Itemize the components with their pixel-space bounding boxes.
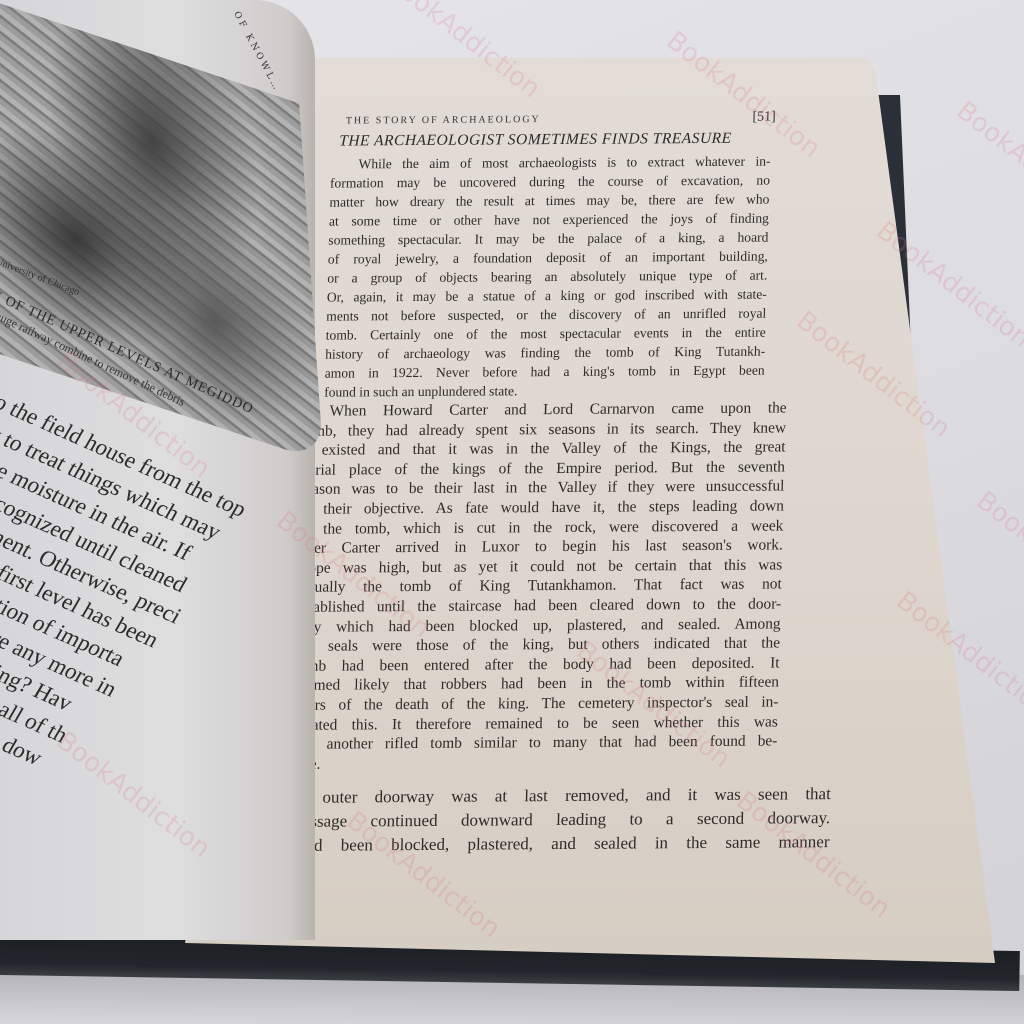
section-title: THE ARCHAEOLOGIST SOMETIMES FINDS TREASU… [339,129,849,151]
text-line: This had been blocked, plastered, and se… [249,830,830,858]
paragraph-1: While the aim of most archaeologists is … [324,152,771,402]
text-line: fore. [292,751,778,774]
text-line: just another rifled tomb similar to many… [292,732,778,755]
paragraph-2: When Howard Carter and Lord Carnarvon ca… [292,398,787,774]
page-number: [51] [752,109,776,125]
watermark: BookAddiction [971,486,1024,624]
paragraph-3: The outer doorway was at last removed, a… [249,782,831,858]
text-line: established until the staircase had been… [296,594,782,617]
text-line: amon in 1922. Never before had a king's … [324,361,765,383]
right-page-text: THE STORY OF ARCHAEOLOGY [51] THE ARCHAE… [249,109,850,858]
running-head: THE STORY OF ARCHAEOLOGY [51] [346,109,776,128]
text-line: years of the death of the king. The ceme… [293,692,779,715]
watermark: BookAddiction [951,96,1024,234]
book-photo: THE STORY OF ARCHAEOLOGY [51] THE ARCHAE… [0,0,1024,1024]
running-head-title: THE STORY OF ARCHAEOLOGY [346,114,541,126]
